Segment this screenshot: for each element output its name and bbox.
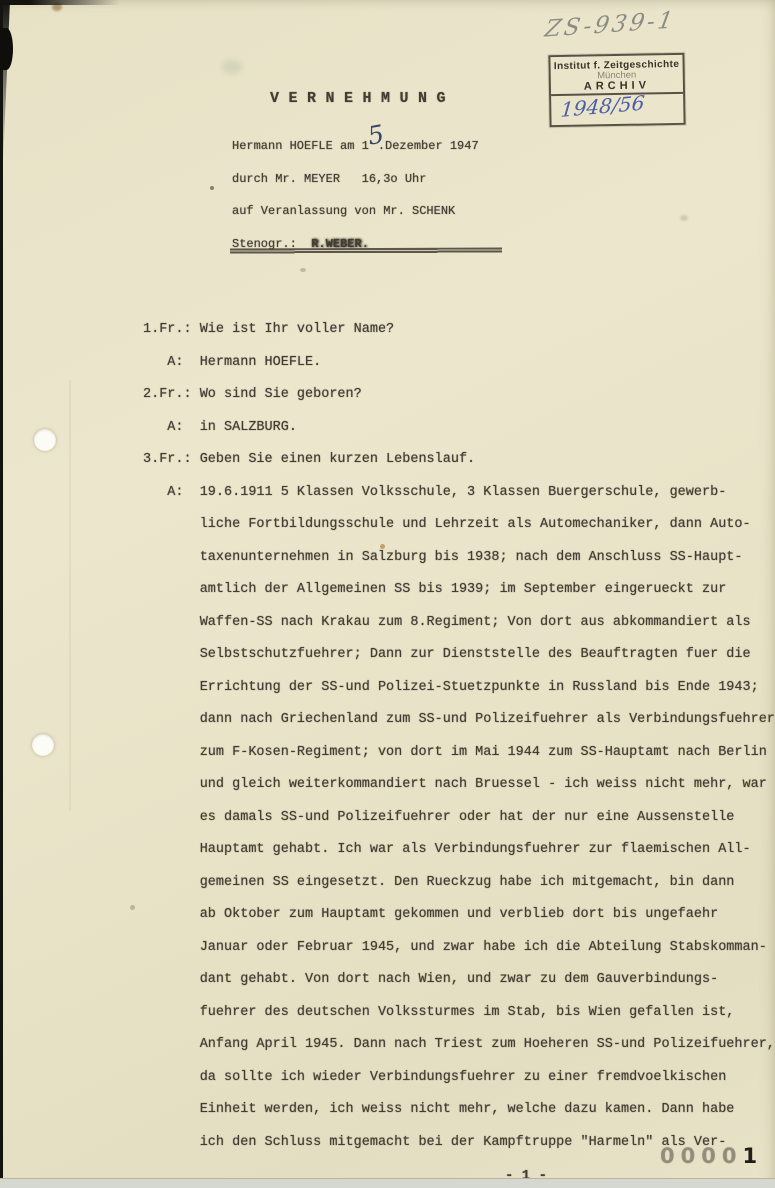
typed-line: 1.Fr.: Wie ist Ihr voller Name? <box>143 314 775 347</box>
scan-edge-top <box>0 0 120 5</box>
typed-line: A: in SALZBURG. <box>143 412 775 445</box>
typed-line: Einheit werden, ich weiss nicht mehr, we… <box>143 1094 775 1127</box>
header-interrogator-line: durch Mr. MEYER 16,3o Uhr <box>232 163 479 196</box>
paper-stain <box>210 186 214 190</box>
typed-line: 2.Fr.: Wo sind Sie geboren? <box>143 379 775 412</box>
paper-fold-line <box>69 380 71 810</box>
typed-line: gemeinen SS eingesetzt. Den Rueckzug hab… <box>143 867 775 900</box>
typed-line: ab Oktober zum Hauptamt gekommen und ver… <box>143 899 775 932</box>
typed-line: 3.Fr.: Geben Sie einen kurzen Lebenslauf… <box>143 444 775 477</box>
punch-hole-top <box>34 429 56 451</box>
archive-stamp: Institut f. Zeitgeschichte München ARCHI… <box>548 53 685 127</box>
typed-line: amtlich der Allgemeinen SS bis 1939; im … <box>143 574 775 607</box>
stamp-city-line: München <box>551 69 683 82</box>
typed-line: und gleich weiterkommandiert nach Bruess… <box>143 769 775 802</box>
typed-line: Januar oder Februar 1945, und zwar habe … <box>143 932 775 965</box>
scanner-bed-strip <box>0 1178 775 1188</box>
header-stenographer-line: Stenogr.: R.WEBER. <box>232 228 479 261</box>
header-subject-date-line: Hermann HOEFLE am 15.Dezember 1947 <box>232 125 479 163</box>
header-block: Hermann HOEFLE am 15.Dezember 1947 durch… <box>232 125 479 260</box>
separator-rule <box>230 248 502 255</box>
document-title: VERNEHMUNG <box>270 90 455 107</box>
interrogation-text: 1.Fr.: Wie ist Ihr voller Name? A: Herma… <box>143 314 775 1159</box>
counter-bold-digit: 1 <box>742 1144 763 1168</box>
paper-stain <box>222 60 242 74</box>
scanned-document-page: ZS-939-1 Institut f. Zeitgeschichte Münc… <box>0 0 775 1188</box>
typed-line: Waffen-SS nach Krakau zum 8.Regiment; Vo… <box>143 607 775 640</box>
typed-line: zum F-Kosen-Regiment; von dort im Mai 19… <box>143 737 775 770</box>
scan-edge-left <box>0 0 3 1188</box>
typed-line: A: Hermann HOEFLE. <box>143 347 775 380</box>
typed-line: Errichtung der SS-und Polizei-Stuetzpunk… <box>143 672 775 705</box>
scan-edge-blob <box>0 28 13 70</box>
typed-line: Hauptamt gehabt. Ich war als Verbindungs… <box>143 834 775 867</box>
page-counter-stamp: 00001 <box>660 1144 763 1168</box>
typed-line: Anfang April 1945. Dann nach Triest zum … <box>143 1029 775 1062</box>
header-date-post: .Dezember 1947 <box>378 139 479 153</box>
header-date-pre: Hermann HOEFLE am 1 <box>232 139 369 153</box>
typed-line: dann nach Griechenland zum SS-und Polize… <box>143 704 775 737</box>
typed-line: fuehrer des deutschen Volkssturmes im St… <box>143 997 775 1030</box>
typed-line: da sollte ich wieder Verbindungsfuehrer … <box>143 1062 775 1095</box>
typed-line: es damals SS-und Polizeifuehrer oder hat… <box>143 802 775 835</box>
typed-line: liche Fortbildungsschule und Lehrzeit al… <box>143 509 775 542</box>
counter-faint-digits: 0000 <box>660 1144 742 1168</box>
pencil-archive-signature: ZS-939-1 <box>543 7 678 43</box>
header-instigator-line: auf Veranlassung von Mr. SCHENK <box>232 195 479 228</box>
typed-line: A: 19.6.1911 5 Klassen Volksschule, 3 Kl… <box>143 477 775 510</box>
paper-stain <box>130 905 135 910</box>
typed-line: dant gehabt. Von dort nach Wien, und zwa… <box>143 964 775 997</box>
paper-stain <box>680 215 688 221</box>
typed-line: taxenunternehmen in Salzburg bis 1938; n… <box>143 542 775 575</box>
punch-hole-bottom <box>32 734 54 756</box>
typed-line: Selbstschutzfuehrer; Dann zur Dienststel… <box>143 639 775 672</box>
paper-stain <box>300 268 306 272</box>
